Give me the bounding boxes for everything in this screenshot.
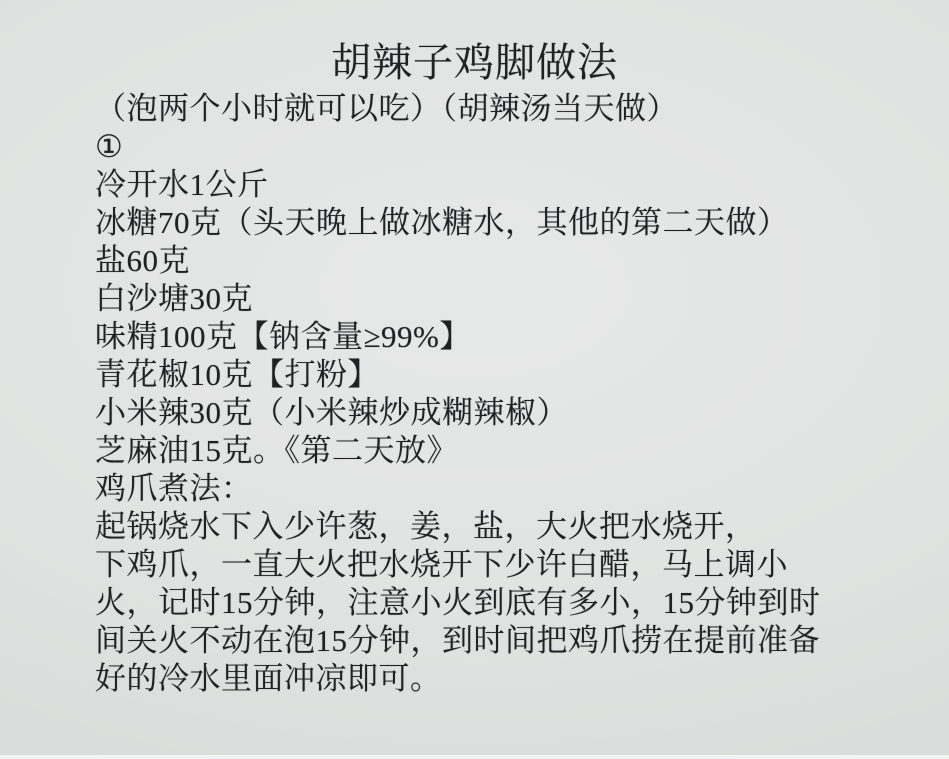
ingredient-line: 冷开水1公斤: [95, 166, 909, 204]
ingredient-line: 小米辣30克（小米辣炒成糊辣椒）: [95, 394, 909, 432]
method-line: 火，记时15分钟，注意小火到底有多小，15分钟到时: [95, 584, 909, 622]
method-line: 间关火不动在泡15分钟，到时间把鸡爪捞在提前准备: [95, 622, 909, 660]
recipe-title: 胡辣子鸡脚做法: [0, 38, 949, 88]
ingredient-line: 冰糖70克（头天晚上做冰糖水，其他的第二天做）: [95, 204, 909, 242]
ingredient-line: 白沙塘30克: [95, 280, 909, 318]
step-number: ①: [95, 128, 909, 166]
ingredient-line: 盐60克: [95, 242, 909, 280]
recipe-subtitle: （泡两个小时就可以吃）（胡辣汤当天做）: [95, 90, 909, 128]
method-line: 好的冷水里面冲凉即可。: [95, 660, 909, 698]
ingredient-line: 芝麻油15克。《第二天放》: [95, 432, 909, 470]
recipe-text-block: （泡两个小时就可以吃）（胡辣汤当天做） ① 冷开水1公斤 冰糖70克（头天晚上做…: [95, 90, 909, 698]
method-heading: 鸡爪煮法：: [95, 470, 909, 508]
method-line: 下鸡爪，一直大火把水烧开下少许白醋，马上调小: [95, 546, 909, 584]
recipe-page: 胡辣子鸡脚做法 （泡两个小时就可以吃）（胡辣汤当天做） ① 冷开水1公斤 冰糖7…: [0, 0, 949, 759]
method-line: 起锅烧水下入少许葱，姜，盐，大火把水烧开，: [95, 508, 909, 546]
ingredient-line: 青花椒10克【打粉】: [95, 356, 909, 394]
ingredient-line: 味精100克【钠含量≥99%】: [95, 318, 909, 356]
